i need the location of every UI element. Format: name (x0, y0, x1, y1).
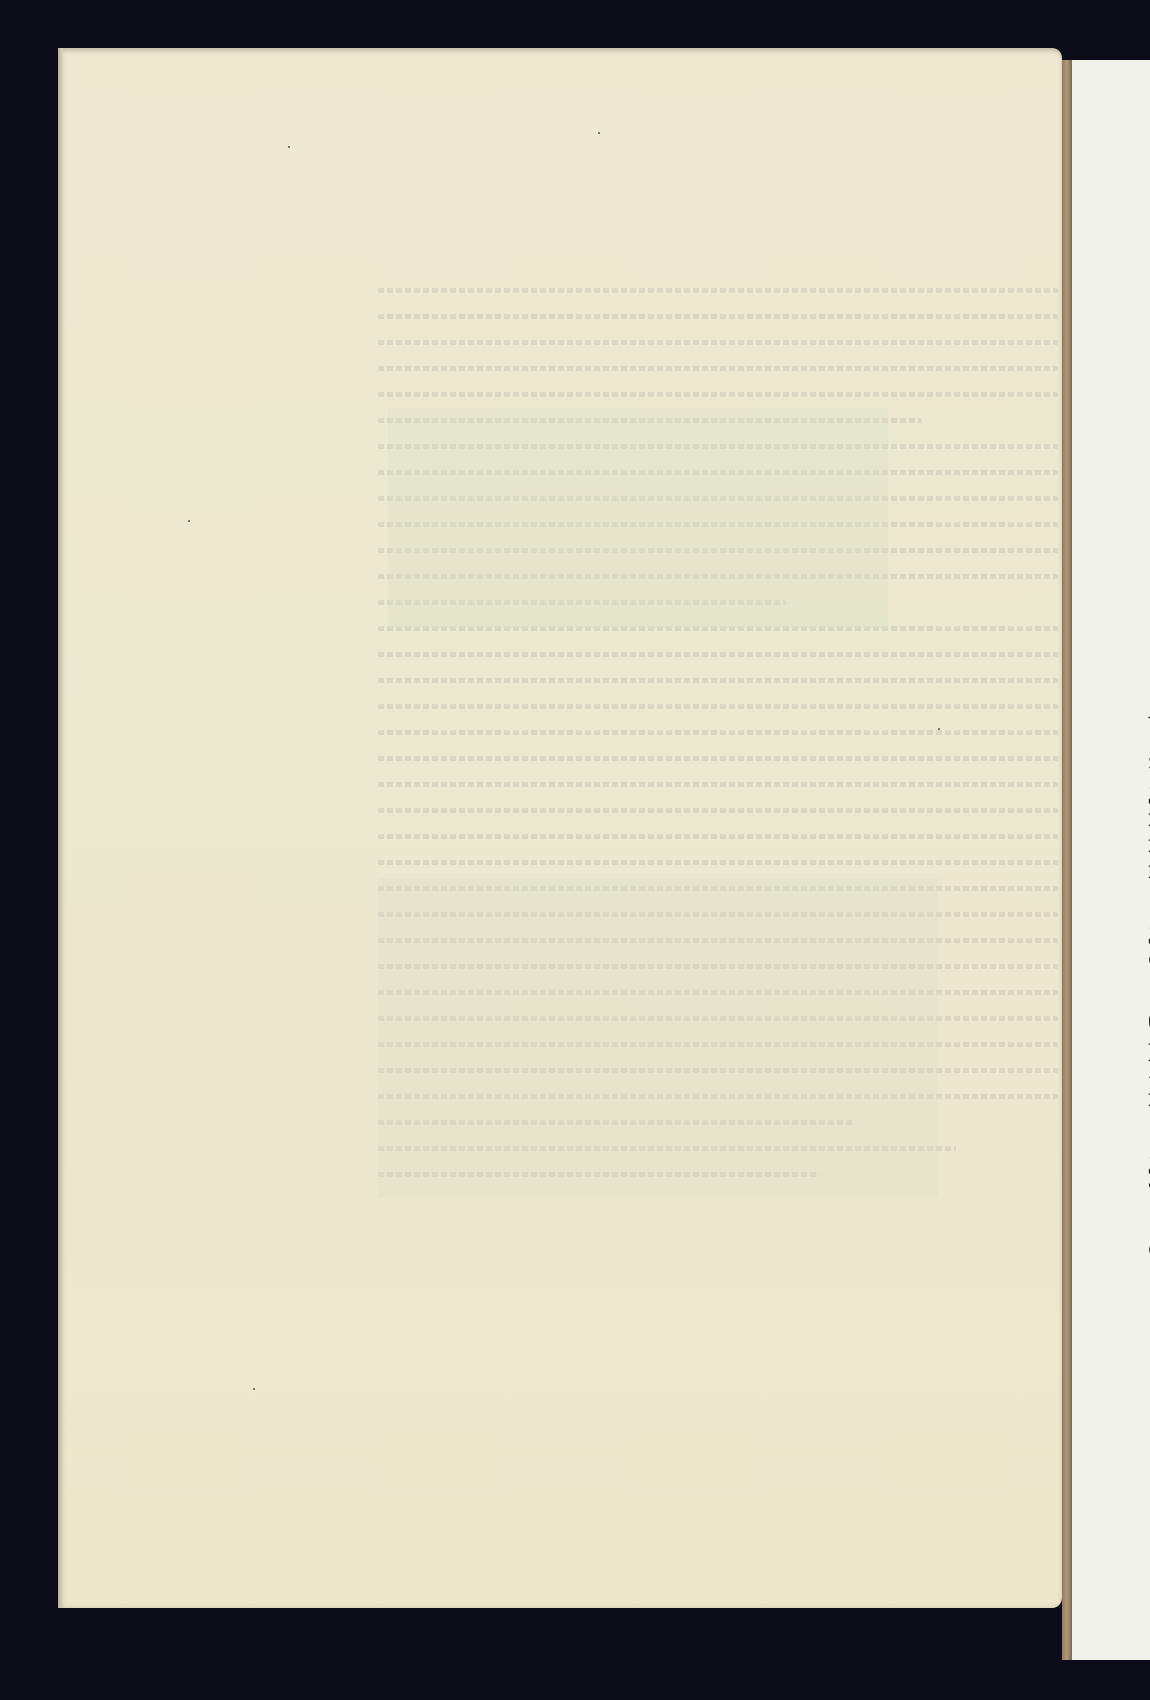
adjacent-page (1072, 60, 1150, 1660)
paper-speck (253, 1388, 255, 1390)
book-spine (1062, 60, 1072, 1660)
show-through-text (378, 288, 1058, 1388)
paper-speck (598, 132, 600, 134)
paper-speck (938, 728, 940, 730)
blank-page (58, 48, 1062, 1608)
paper-speck (288, 146, 290, 148)
paper-speck (188, 520, 190, 522)
